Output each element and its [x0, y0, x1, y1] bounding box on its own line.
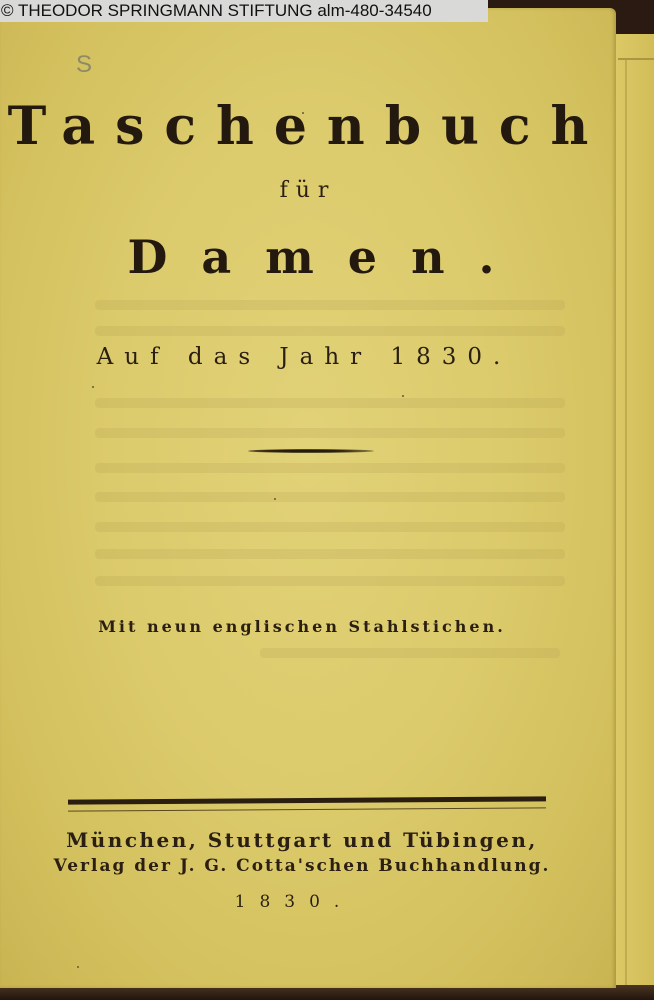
bleed-through-line: [95, 522, 565, 532]
bleed-through-line: [95, 300, 565, 310]
book-subtitle: Damen.: [0, 230, 636, 284]
bleed-through-line: [95, 492, 565, 502]
bleed-through-line: [95, 428, 565, 438]
bleed-through-line: [95, 326, 565, 336]
bleed-through-line: [95, 576, 565, 586]
imprint-year: 1830.: [0, 892, 602, 912]
year-line: Auf das Jahr 1830.: [0, 344, 612, 370]
bleed-through-line: [260, 648, 560, 658]
paper-speck: [274, 498, 276, 500]
imprint-rule-thick: [68, 796, 546, 804]
imprint-rule-thin: [68, 807, 546, 811]
bleed-through-line: [95, 398, 565, 408]
for-line: für: [0, 178, 616, 203]
copyright-watermark: © THEODOR SPRINGMANN STIFTUNG alm-480-34…: [0, 0, 488, 22]
back-page-fold: [625, 60, 627, 990]
swelled-rule-divider: [248, 449, 374, 453]
bleed-through-line: [95, 463, 565, 473]
paper-speck: [77, 966, 79, 968]
bleed-through-line: [95, 549, 565, 559]
back-page-top-line: [618, 58, 654, 60]
imprint-publisher: Verlag der J. G. Cotta'schen Buchhandlun…: [0, 856, 610, 876]
paper-speck: [302, 112, 304, 114]
scanned-book-page: Taschenbuch für Damen. Auf das Jahr 1830…: [0, 0, 654, 1000]
book-title: Taschenbuch: [0, 96, 616, 157]
paper-speck: [402, 395, 404, 397]
illustrations-note: Mit neun englischen Stahlstichen.: [0, 617, 610, 636]
library-stamp-letter: S: [76, 51, 92, 79]
imprint-places: München, Stuttgart und Tübingen,: [0, 828, 610, 852]
paper-speck: [92, 386, 94, 388]
title-page: Taschenbuch für Damen. Auf das Jahr 1830…: [0, 8, 616, 988]
